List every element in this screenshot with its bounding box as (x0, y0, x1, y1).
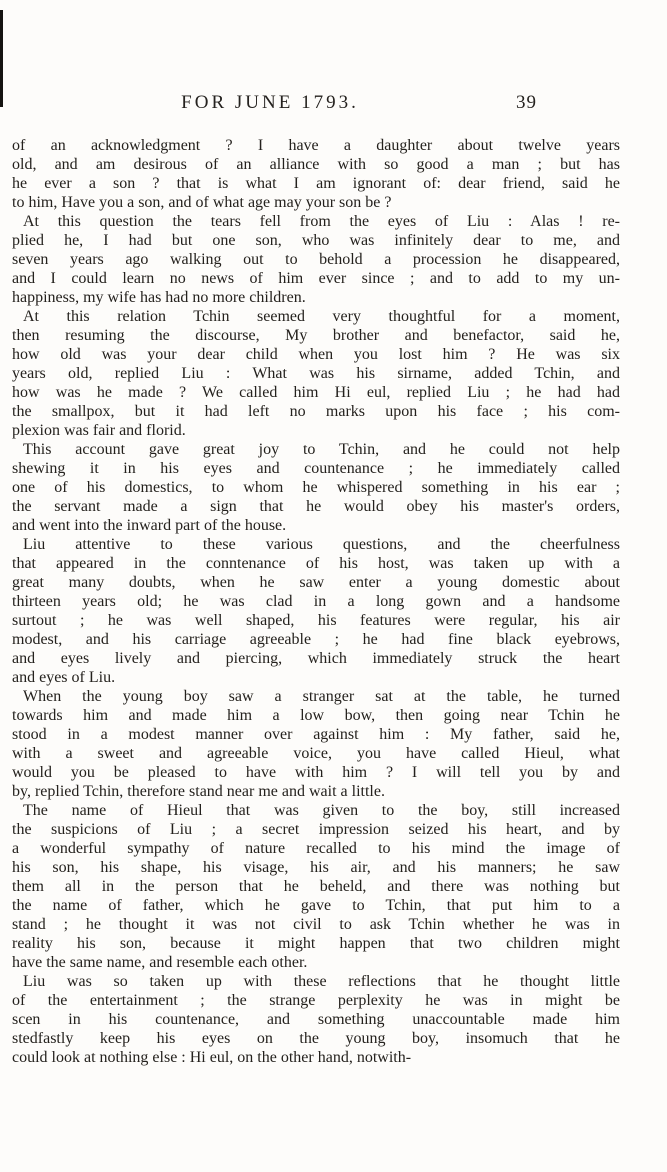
text-line: great many doubts, when he saw enter a y… (12, 573, 620, 592)
text-line: have the same name, and resemble each ot… (12, 953, 620, 972)
text-line: and eyes lively and piercing, which imme… (12, 649, 620, 668)
text-line: scen in his countenance, and something u… (12, 1010, 620, 1029)
text-line: by, replied Tchin, therefore stand near … (12, 782, 620, 801)
text-line: a wonderful sympathy of nature recalled … (12, 839, 620, 858)
text-line: he ever a son ? that is what I am ignora… (12, 174, 620, 193)
text-line: Liu attentive to these various questions… (12, 535, 620, 554)
text-line: seven years ago walking out to behold a … (12, 250, 620, 269)
running-head-title: FOR JUNE 1793. (181, 92, 359, 114)
text-line: Liu was so taken up with these reflectio… (12, 972, 620, 991)
text-line: one of his domestics, to whom he whisper… (12, 478, 620, 497)
text-line: At this question the tears fell from the… (12, 212, 620, 231)
text-line: and went into the inward part of the hou… (12, 516, 620, 535)
text-line: shewing it in his eyes and countenance ;… (12, 459, 620, 478)
text-line: with a sweet and agreeable voice, you ha… (12, 744, 620, 763)
text-line: then resuming the discourse, My brother … (12, 326, 620, 345)
page-number: 39 (516, 92, 537, 114)
text-line: of an acknowledgment ? I have a daughter… (12, 136, 620, 155)
text-line: would you be pleased to have with him ? … (12, 763, 620, 782)
text-line: plexion was fair and florid. (12, 421, 620, 440)
text-line: the smallpox, but it had left no marks u… (12, 402, 620, 421)
text-line: the suspicions of Liu ; a secret impress… (12, 820, 620, 839)
text-line: This account gave great joy to Tchin, an… (12, 440, 620, 459)
text-line: stood in a modest manner over against hi… (12, 725, 620, 744)
text-line: reality his son, because it might happen… (12, 934, 620, 953)
text-line: towards him and made him a low bow, then… (12, 706, 620, 725)
text-line: and eyes of Liu. (12, 668, 620, 687)
text-line: how was he made ? We called him Hi eul, … (12, 383, 620, 402)
text-column: of an acknowledgment ? I have a daughter… (12, 136, 620, 1067)
text-line: to him, Have you a son, and of what age … (12, 193, 620, 212)
scanned-book-page: FOR JUNE 1793. 39 of an acknowledgment ?… (0, 0, 667, 1172)
text-line: of the entertainment ; the strange perpl… (12, 991, 620, 1010)
text-line: surtout ; he was well shaped, his featur… (12, 611, 620, 630)
text-line: modest, and his carriage agreeable ; he … (12, 630, 620, 649)
text-line: the name of father, which he gave to Tch… (12, 896, 620, 915)
text-line: how old was your dear child when you los… (12, 345, 620, 364)
text-line: stand ; he thought it was not civil to a… (12, 915, 620, 934)
text-line: When the young boy saw a stranger sat at… (12, 687, 620, 706)
running-head: FOR JUNE 1793. 39 (0, 92, 667, 116)
text-line: The name of Hieul that was given to the … (12, 801, 620, 820)
text-line: them all in the person that he beheld, a… (12, 877, 620, 896)
text-line: years old, replied Liu : What was his si… (12, 364, 620, 383)
text-line: his son, his shape, his visage, his air,… (12, 858, 620, 877)
text-line: that appeared in the conntenance of his … (12, 554, 620, 573)
text-line: happiness, my wife has had no more child… (12, 288, 620, 307)
text-line: stedfastly keep his eyes on the young bo… (12, 1029, 620, 1048)
text-line: the servant made a sign that he would ob… (12, 497, 620, 516)
text-line: thirteen years old; he was clad in a lon… (12, 592, 620, 611)
text-line: and I could learn no news of him ever si… (12, 269, 620, 288)
text-line: At this relation Tchin seemed very thoug… (12, 307, 620, 326)
text-line: plied he, I had but one son, who was inf… (12, 231, 620, 250)
text-line: old, and am desirous of an alliance with… (12, 155, 620, 174)
text-line: could look at nothing else : Hi eul, on … (12, 1048, 620, 1067)
